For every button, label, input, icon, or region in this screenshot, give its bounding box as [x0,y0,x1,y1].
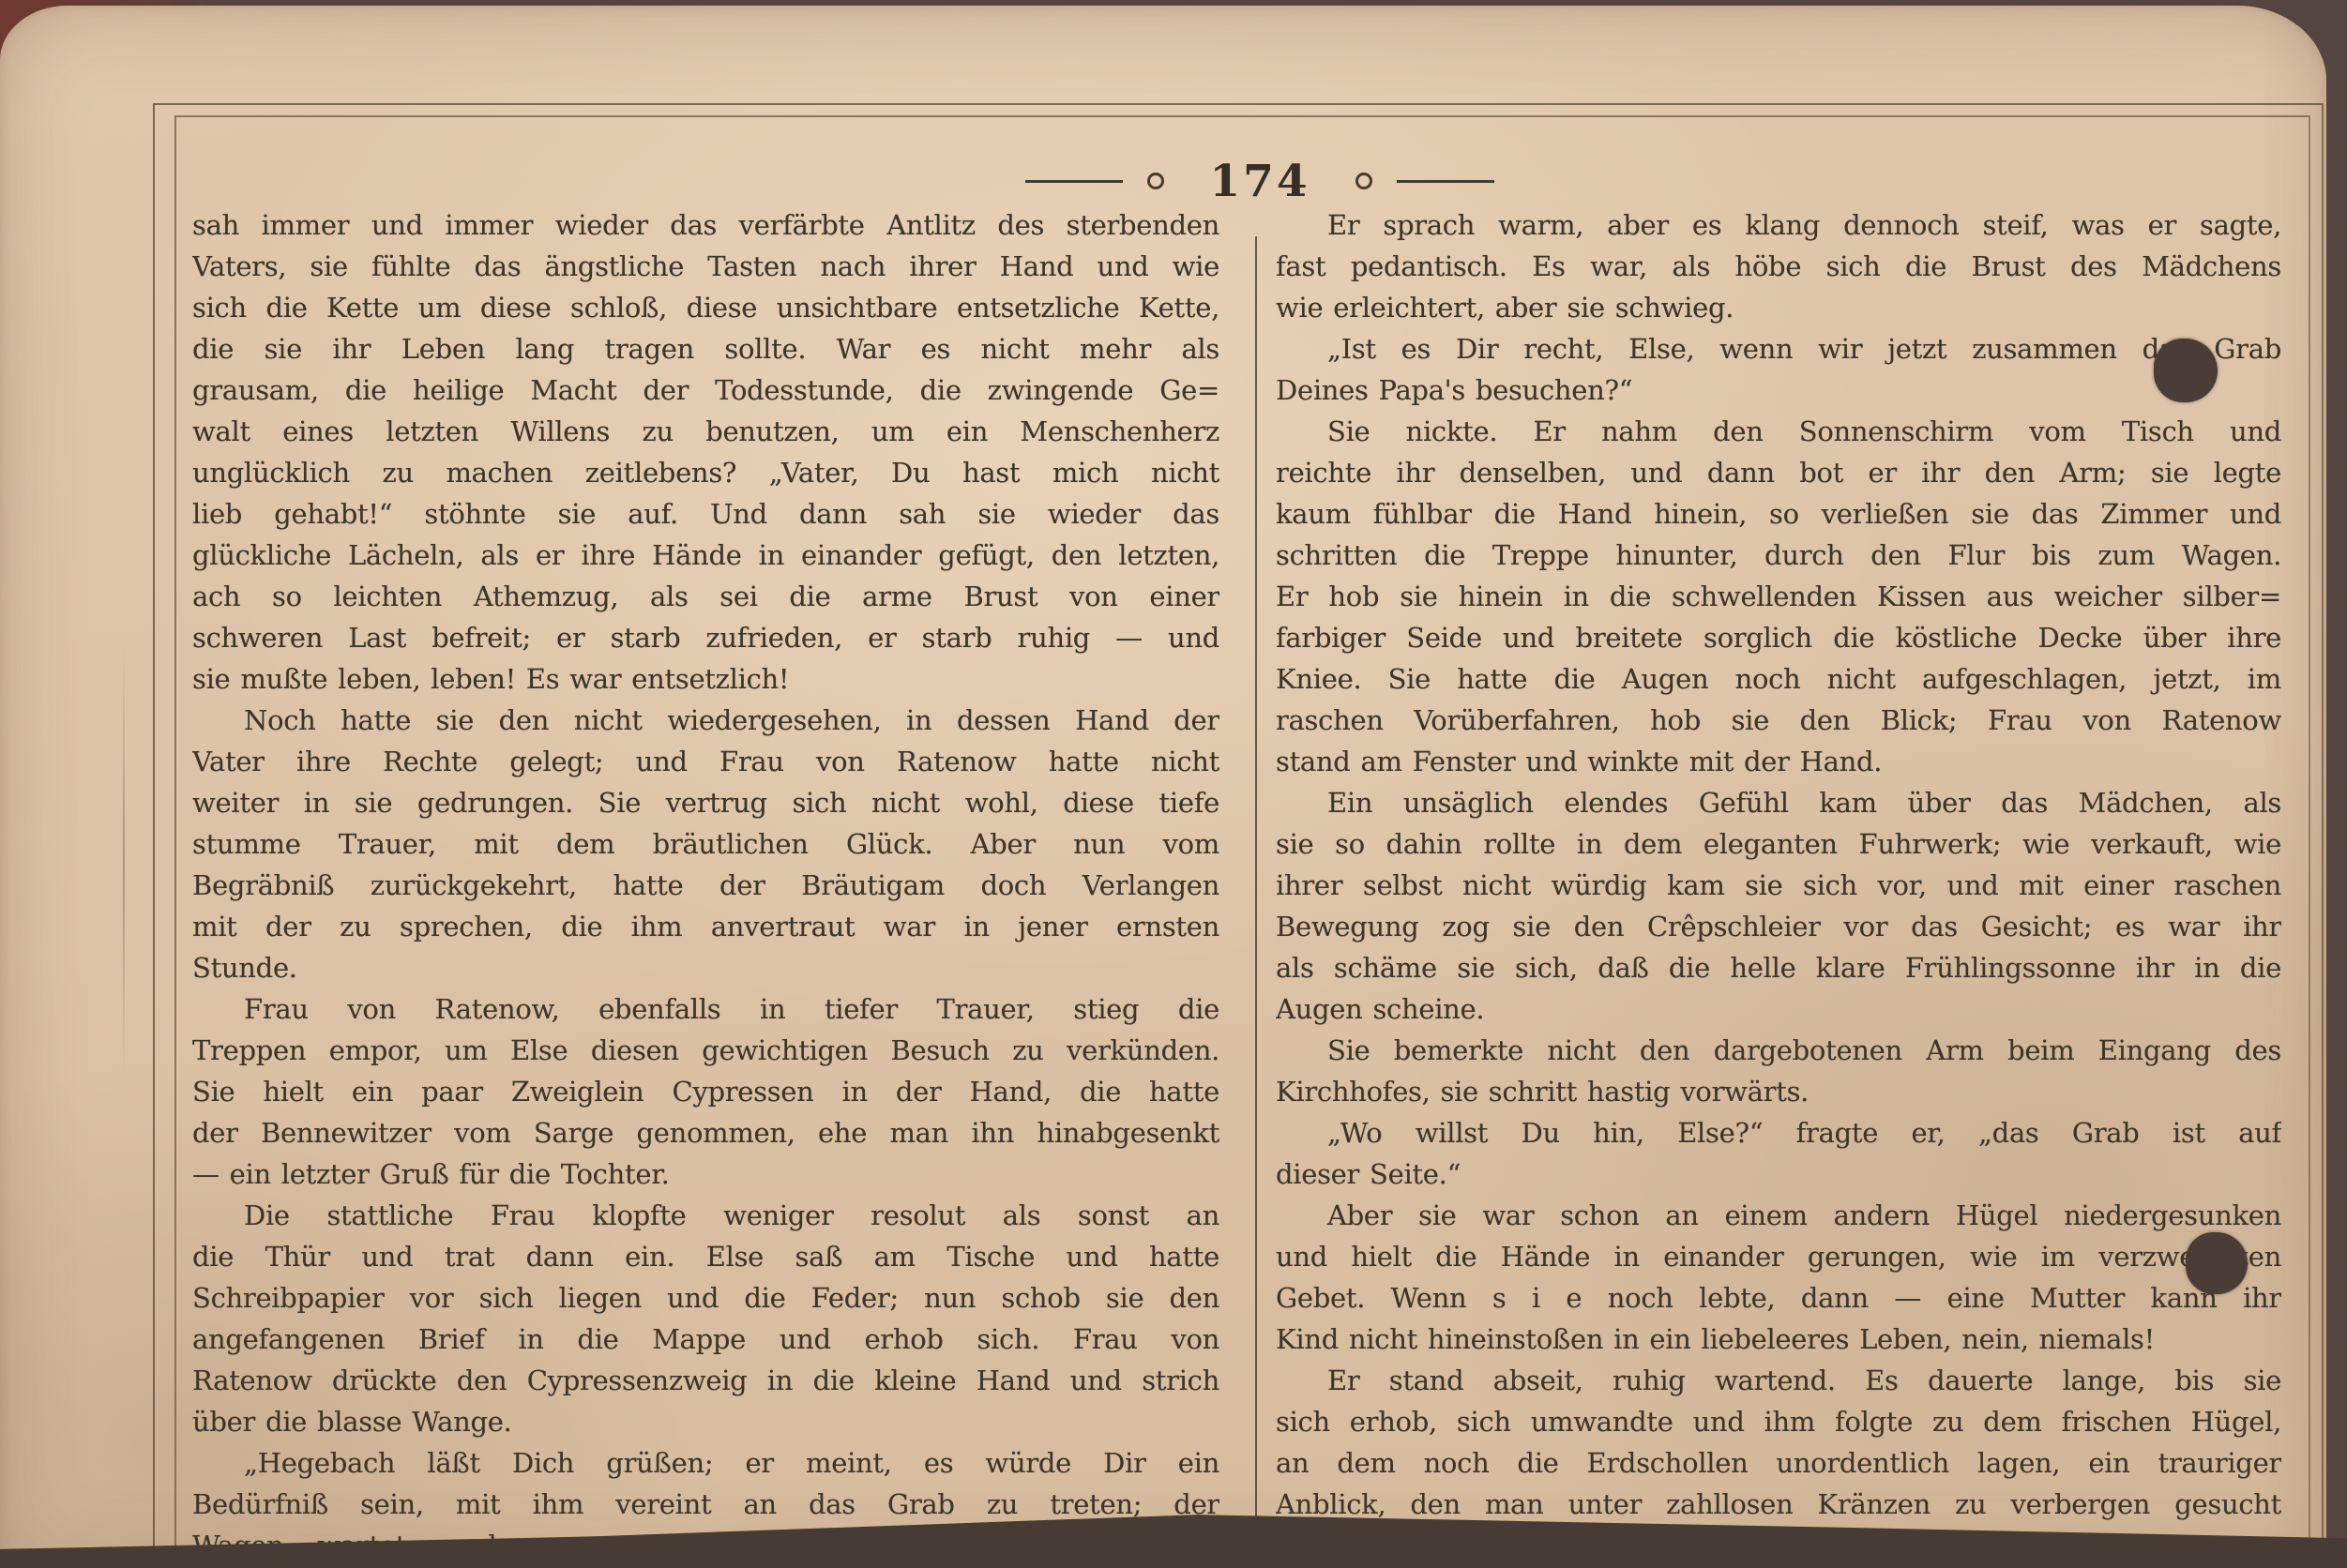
text-line: Er sprach warm, aber es klang dennoch st… [1276,204,2281,246]
text-line: Deines Papa's besuchen?“ [1276,369,2281,411]
header-ring-right-icon [1355,173,1372,189]
text-line: sah immer und immer wieder das verfärbte… [192,204,1219,246]
text-line: sich die Kette um diese schloß, diese un… [192,287,1219,328]
text-line: Er stand abseit, ruhig wartend. Es dauer… [1276,1360,2281,1401]
text-line: die Thür und trat dann ein. Else saß am … [192,1236,1219,1277]
text-line: wie erleichtert, aber sie schwieg. [1276,287,2281,328]
text-line: Gebet. Wenn s i e noch lebte, dann — ein… [1276,1277,2281,1319]
text-line: kaum fühlbar die Hand hinein, so verließ… [1276,493,2281,535]
text-line: raschen Vorüberfahren, hob sie den Blick… [1276,700,2281,741]
text-line: an dem noch die Erdschollen unordentlich… [1276,1442,2281,1484]
text-line: ach so leichten Athemzug, als sei die ar… [192,576,1219,617]
text-line: dieser Seite.“ [1276,1153,2281,1195]
text-column-left: sah immer und immer wieder das verfärbte… [192,204,1219,1566]
text-line: die sie ihr Leben lang tragen sollte. Wa… [192,328,1219,369]
text-line: sich erhob, sich umwandte und ihm folgte… [1276,1401,2281,1442]
text-line: als schäme sie sich, daß die helle klare… [1276,947,2281,988]
text-line: Ein unsäglich elendes Gefühl kam über da… [1276,782,2281,823]
text-line: Kind nicht hineinstoßen in ein liebeleer… [1276,1319,2281,1360]
text-line: unglücklich zu machen zeitlebens? „Vater… [192,452,1219,493]
text-line: Augen scheine. [1276,988,2281,1030]
text-line: Treppen empor, um Else diesen gewichtige… [192,1030,1219,1071]
text-line: Vater ihre Rechte gelegt; und Frau von R… [192,741,1219,782]
punch-hole [2154,339,2218,402]
text-line: lieb gehabt!“ stöhnte sie auf. Und dann … [192,493,1219,535]
text-line: fast pedantisch. Es war, als höbe sich d… [1276,246,2281,287]
text-line: mit der zu sprechen, die ihm anvertraut … [192,906,1219,947]
text-line: Er hob sie hinein in die schwellenden Ki… [1276,576,2281,617]
text-line: „Ist es Dir recht, Else, wenn wir jetzt … [1276,328,2281,369]
column-divider-rule [1255,236,1257,1542]
header-dash-right-icon [1397,180,1494,183]
text-line: grausam, die heilige Macht der Todesstun… [192,369,1219,411]
page-number: 174 [1209,159,1310,204]
text-line: Bewegung zog sie den Crêpschleier vor da… [1276,906,2281,947]
text-line: weiter in sie gedrungen. Sie vertrug sic… [192,782,1219,823]
text-line: Kniee. Sie hatte die Augen noch nicht au… [1276,658,2281,700]
text-line: Sie nickte. Er nahm den Sonnenschirm vom… [1276,411,2281,452]
header-dash-left-icon [1025,180,1123,183]
text-line: Begräbniß zurückgekehrt, hatte der Bräut… [192,865,1219,906]
text-line: Noch hatte sie den nicht wiedergesehen, … [192,700,1219,741]
text-line: Aber sie war schon an einem andern Hügel… [1276,1195,2281,1236]
text-line: über die blasse Wange. [192,1401,1219,1442]
text-line: Die stattliche Frau klopfte weniger reso… [192,1195,1219,1236]
text-line: Frau von Ratenow, ebenfalls in tiefer Tr… [192,988,1219,1030]
punch-hole [2186,1232,2248,1294]
text-line: — ein letzter Gruß für die Tochter. [192,1153,1219,1195]
text-line: ihrer selbst nicht würdig kam sie sich v… [1276,865,2281,906]
text-line: „Wo willst Du hin, Else?“ fragte er, „da… [1276,1112,2281,1153]
text-line: stand am Fenster und winkte mit der Hand… [1276,741,2281,782]
text-line: Ratenow drückte den Cypressenzweig in di… [192,1360,1219,1401]
text-line: Kirchhofes, sie schritt hastig vorwärts. [1276,1071,2281,1112]
text-column-right: Er sprach warm, aber es klang dennoch st… [1276,204,2281,1566]
text-line: Vaters, sie fühlte das ängstliche Tasten… [192,246,1219,287]
text-line: angefangenen Brief in die Mappe und erho… [192,1319,1219,1360]
header-ring-left-icon [1147,173,1164,189]
text-line: Bedürfniß sein, mit ihm vereint an das G… [192,1484,1219,1525]
text-line: Schreibpapier vor sich liegen und die Fe… [192,1277,1219,1319]
text-line: „Hegebach läßt Dich grüßen; er meint, es… [192,1442,1219,1484]
text-line: Sie hielt ein paar Zweiglein Cypressen i… [192,1071,1219,1112]
text-line: schritten die Treppe hinunter, durch den… [1276,535,2281,576]
text-line: sie mußte leben, leben! Es war entsetzli… [192,658,1219,700]
text-line: reichte ihr denselben, und dann bot er i… [1276,452,2281,493]
text-line: und hielt die Hände in einander gerungen… [1276,1236,2281,1277]
scanned-book-page: 174 sah immer und immer wieder das verfä… [0,0,2347,1568]
text-line: Stunde. [192,947,1219,988]
text-line: Sie bemerkte nicht den dargebotenen Arm … [1276,1030,2281,1071]
text-line: Anblick, den man unter zahllosen Kränzen… [1276,1484,2281,1525]
text-line: der Bennewitzer vom Sarge genommen, ehe … [192,1112,1219,1153]
text-line: stumme Trauer, mit dem bräutlichen Glück… [192,823,1219,865]
text-line: glückliche Lächeln, als er ihre Hände in… [192,535,1219,576]
text-line: farbiger Seide und breitete sorglich die… [1276,617,2281,658]
text-line: walt eines letzten Willens zu benutzen, … [192,411,1219,452]
paper-crease [123,647,125,1078]
text-line: schweren Last befreit; er starb zufriede… [192,617,1219,658]
text-line: sie so dahin rollte in dem eleganten Fuh… [1276,823,2281,865]
